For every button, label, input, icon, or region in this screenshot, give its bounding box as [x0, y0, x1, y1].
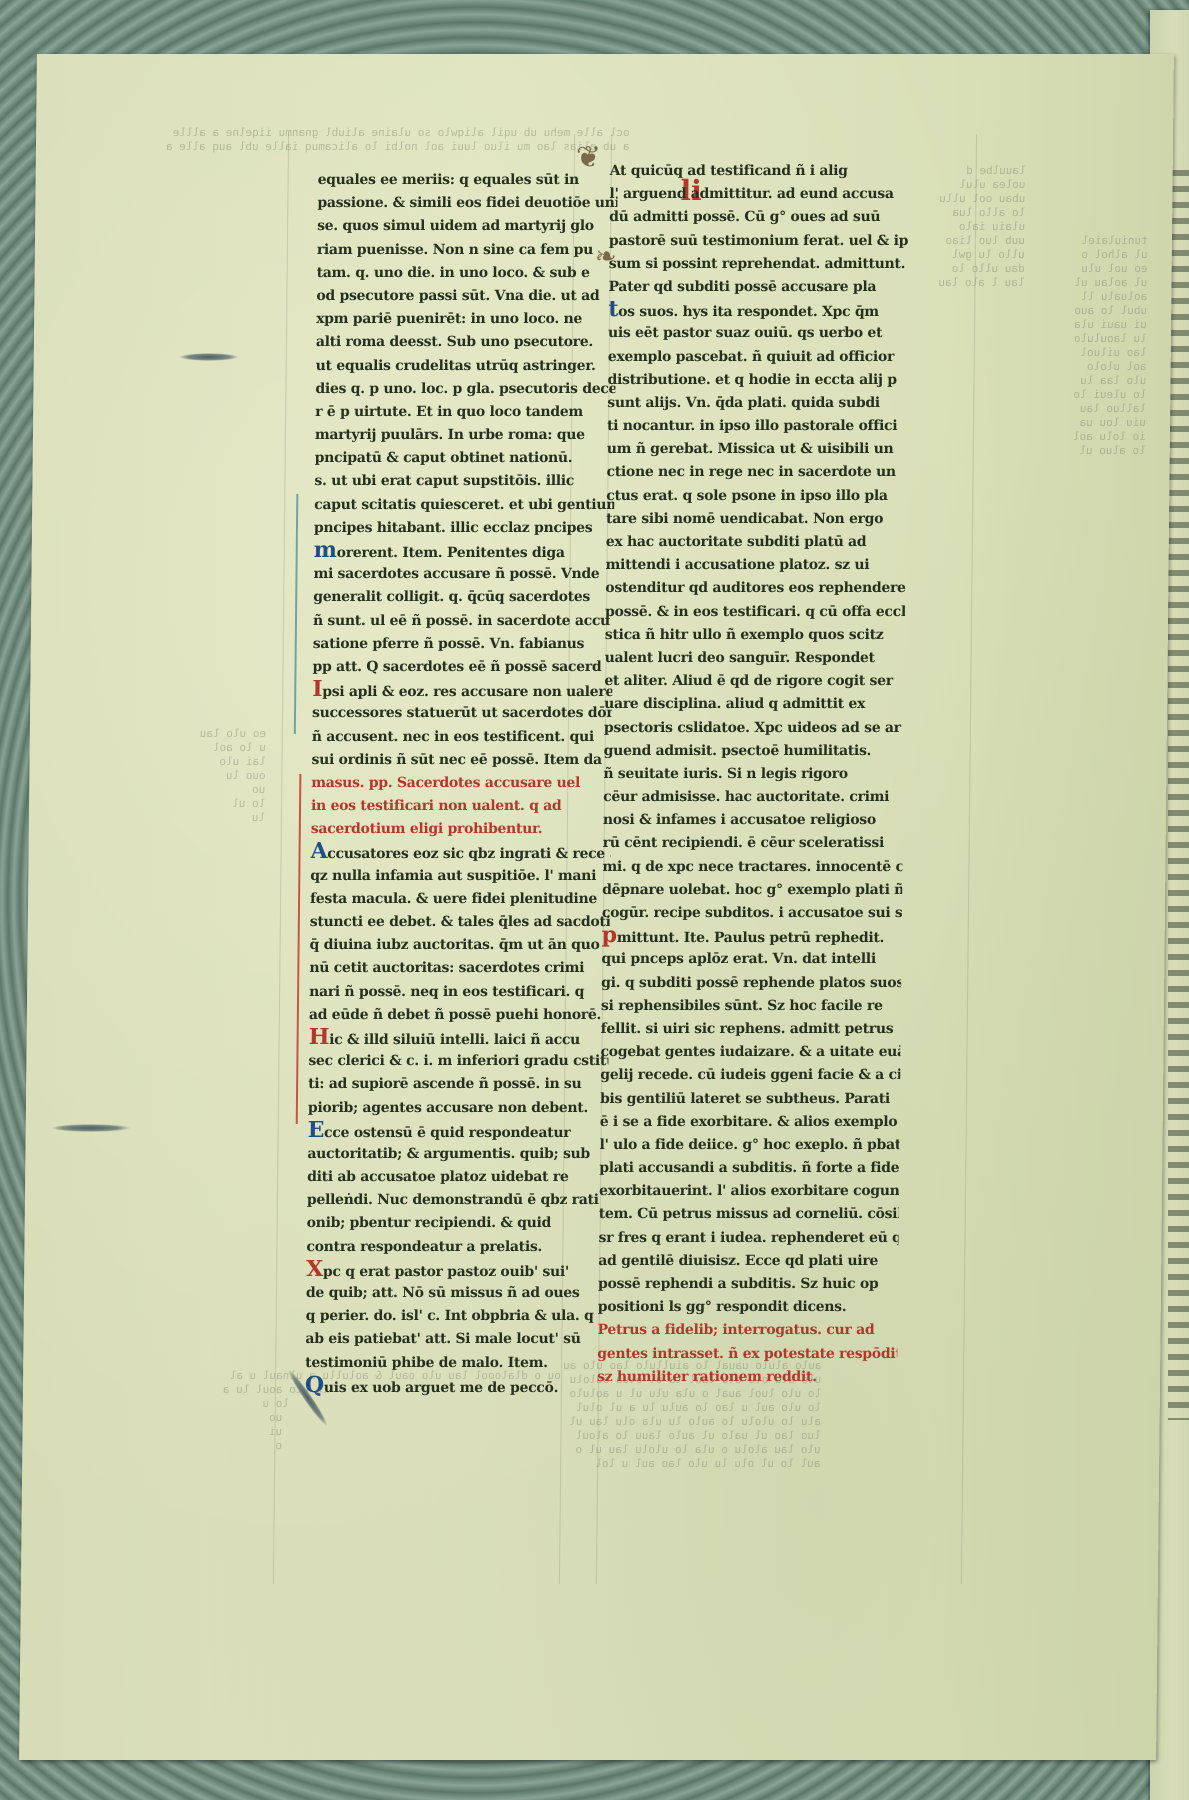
text-line: gi. q subditi possē rephende platos suos… [601, 972, 901, 995]
text-line: Xpc q erat pastor pastoz ouib' sui' [306, 1259, 606, 1282]
text-line: de quib; att. Nō sū missus ñ ad oues [306, 1282, 606, 1305]
text-line: dies q. p uno. loc. p gla. psecutoris de… [315, 378, 615, 401]
text-line: ad gentilē diuisisz. Ecce qd plati uire [598, 1250, 898, 1273]
text-line: possē rephendi a subditis. Sz huic op [598, 1273, 898, 1296]
decorated-initial: m [314, 540, 337, 563]
left-text-column: equales ee meriis: q equales sūt inpassi… [305, 169, 618, 1398]
decorated-initial: A [310, 841, 327, 864]
text-line: Pater qd subditi possē accusare pla [608, 276, 908, 299]
text-line: pelleṅdi. Nuc demonstrandū ē qbz rati [307, 1189, 607, 1212]
text-line: tam. q. uno die. in uno loco. & sub e [317, 262, 617, 285]
text-line: s. ut ubi erat caput supstitōis. illic [314, 470, 614, 493]
text-line: onib; pbentur recipiendi. & quid [307, 1212, 607, 1235]
decorated-initial: p [602, 925, 617, 948]
text-line: ñ accusent. nec in eos testificent. qui [312, 726, 612, 749]
text-line: tem. Cū petrus missus ad corneliū. cōsil… [599, 1203, 899, 1226]
text-line: si rephensibiles sūnt. Sz hoc facile re [601, 995, 901, 1018]
text-line: sacerdotium eligi prohibentur. [311, 818, 611, 841]
text-line: testimoniū phibe de malo. Item. [305, 1352, 605, 1375]
text-line: ñ sunt. ul eē ñ possē. in sacerdote accu [313, 610, 613, 633]
text-line: Hic & illd siluiū intelli. laici ñ accu [309, 1027, 609, 1050]
text-line: l' arguend admittitur. ad eund accusa [609, 183, 909, 206]
text-line: ab eis patiebat' att. Si male locut' sū [305, 1328, 605, 1351]
text-line: martyrij puulārs. In urbe roma: que [315, 424, 615, 447]
text-line: nari ñ possē. neq in eos testificari. q [309, 981, 609, 1004]
text-line: ē i se a fide exorbitare. & alios exempl… [600, 1111, 900, 1134]
text-line: dēpnare uolebat. hoc g° exemplo plati ñ [602, 879, 902, 902]
text-line: mi sacerdotes accusare ñ possē. Vnde [313, 563, 613, 586]
text-line: tare sibi nomē uendicabat. Non ergo [606, 508, 906, 531]
text-line: ti: ad supiorē ascende ñ possē. in su [308, 1073, 608, 1096]
ruling-line [961, 134, 977, 1584]
decorated-initial: E [308, 1120, 325, 1143]
show-through-margin: lauulbe d uolea ulul ubau ool ullu lo al… [904, 164, 1025, 290]
ruling-line [273, 134, 289, 1584]
text-line: passione. & simili eos fidei deuotiōe un… [317, 192, 617, 215]
text-line: pncipatū & caput obtinet nationū. [315, 447, 615, 470]
text-line: qui pnceps aplōz erat. Vn. dat intelli [601, 948, 901, 971]
text-line: q perier. do. isl' c. Int obpbria & ula.… [306, 1305, 606, 1328]
text-line: possē. & in eos testificari. q cū offa e… [605, 601, 905, 624]
text-line: diti ab accusatoe platoz uidebat re [307, 1166, 607, 1189]
text-line: ti nocantur. in ipso illo pastorale offi… [607, 415, 907, 438]
text-line: pncipes hitabant. illic ecclaz pncipes [314, 517, 614, 540]
text-line: dū admitti possē. Cū g° oues ad suū [609, 206, 909, 229]
text-line: bis gentiliū lateret se subtheus. Parati [600, 1088, 900, 1111]
text-line: uare disciplina. aliud q admittit ex [604, 693, 904, 716]
decorated-initial: I [312, 679, 322, 702]
text-line: alti roma deesst. Sub uno psecutore. [316, 331, 616, 354]
text-line: ualent lucri deo sanguīr. Respondet [604, 647, 904, 670]
text-line: Ecce ostensū ē quid respondeatur [308, 1120, 608, 1143]
text-line: xpm pariē puenirēt: in uno loco. ne [316, 308, 616, 331]
text-line: sum si possint reprehendat. admittunt. [609, 253, 909, 276]
pen-flourish-blue [294, 494, 299, 734]
text-line: pastorē suū testimonium ferat. uel & ip [609, 230, 909, 253]
text-line: contra respondeatur a prelatis. [306, 1236, 606, 1259]
text-line: generalit colligit. q. q̄cūq sacerdotes [313, 586, 613, 609]
parchment-hole [51, 1124, 131, 1132]
text-line: ñ seuitate iuris. Si n legis rigoro [603, 763, 903, 786]
text-line: sunt alijs. Vn. q̄da plati. quida subdi [607, 392, 907, 415]
text-line: gentes intrasset. ñ ex potestate respōdi… [597, 1343, 897, 1366]
text-line: pmittunt. Ite. Paulus petrū rephedit. [602, 925, 902, 948]
text-line: mittendi i accusatione platoz. sz ui [605, 554, 905, 577]
text-line: qz nulla infamia aut suspitiōe. l' mani [310, 865, 610, 888]
text-line: cogebat gentes iudaizare. & a uitate euā [600, 1041, 900, 1064]
text-line: q̄ diuina iubz auctoritas. q̄m ut ān quo [309, 934, 609, 957]
text-line: ostenditur qd auditores eos rephendere [605, 577, 905, 600]
show-through-header: ocl alle mehu ub uqil aliqwlo so ulaine … [166, 126, 630, 154]
text-line: ctione nec in rege nec in sacerdote un [606, 461, 906, 484]
text-line: nosi & infames i accusatoe religioso [603, 809, 903, 832]
text-line: plati accusandi a subditis. ñ forte a fi… [599, 1157, 899, 1180]
text-line: stica ñ hitr ullo ñ exemplo quos scitz [605, 624, 905, 647]
text-line: rū cēnt recipiendi. ē cēur sceleratissi [603, 832, 903, 855]
text-line: um ñ gerebat. Missica ut & uisibili un [607, 438, 907, 461]
show-through-left-margin: eo ulo lau u lo aol lai ulo ouo lu uo lo… [199, 727, 266, 825]
text-line: ad eūde ñ debet ñ possē puehi honorē. [309, 1004, 609, 1027]
text-line: successores statuerūt ut sacerdotes dōm [312, 702, 612, 725]
text-line: psectoris cslidatoe. Xpc uideos ad se ar [604, 717, 904, 740]
text-line: tos suos. hys ita respondet. Xpc q̄m [608, 299, 908, 322]
text-line: equales ee meriis: q equales sūt in [317, 169, 617, 192]
text-line: masus. pp. Sacerdotes accusare uel [311, 772, 611, 795]
text-line: mi. q de xpc nece tractares. innocentē c… [602, 856, 902, 879]
text-line: Quis ex uob arguet me de peccō. [305, 1375, 605, 1398]
text-line: et aliter. Aliud ē qd de rigore cogit se… [604, 670, 904, 693]
decorated-initial: H [309, 1027, 330, 1050]
text-line: l' ulo a fide deiice. g° hoc exeplo. ñ p… [599, 1134, 899, 1157]
text-line: stuncti ee debet. & tales q̄les ad sacdo… [310, 911, 610, 934]
text-line: ex hac auctoritate subditi platū ad [606, 531, 906, 554]
text-line: caput scitatis quiesceret. et ubi gentiu… [314, 494, 614, 517]
text-line: distributione. et q hodie in eccta alij … [607, 369, 907, 392]
text-line: fellit. si uiri sic rephens. admitt petr… [601, 1018, 901, 1041]
text-line: satione pferre ñ possē. Vn. fabianus [313, 633, 613, 656]
parchment-hole [179, 353, 239, 361]
text-line: At quicūq ad testificand ñ i alig [610, 160, 910, 183]
right-text-column: At quicūq ad testificand ñ i aligl' argu… [597, 160, 910, 1389]
text-line: auctoritatib; & argumentis. quib; sub [307, 1143, 607, 1166]
text-line: festa macula. & uere fidei plenitudine [310, 888, 610, 911]
decorated-initial: t [608, 299, 618, 322]
text-line: Accusatores eoz sic qbz ingrati & rece a… [310, 841, 610, 864]
manuscript-leaf: ocl alle mehu ub uqil aliqwlo so ulaine … [19, 54, 1174, 1760]
text-line: od psecutore passi sūt. Vna die. ut ad [316, 285, 616, 308]
text-line: ut equalis crudelitas utrūq astringer. [316, 355, 616, 378]
text-line: cogūr. recipe subditos. i accusatoe sui … [602, 902, 902, 925]
adjacent-page-text [1168, 170, 1189, 1420]
text-line: exorbitauerint. l' alios exorbitare cogu… [599, 1180, 899, 1203]
text-line: sec clerici & c. i. m inferiori gradu cs… [308, 1050, 608, 1073]
text-line: riam puenisse. Non n sine ca fem pu [317, 239, 617, 262]
show-through-right: tuniulaiel ul alhol o eo uol ulu ul aola… [1073, 234, 1148, 458]
text-line: uis eēt pastor suaz ouiū. qs uerbo et [608, 322, 908, 345]
text-line: exemplo pascebat. ñ quiuit ad officior [608, 346, 908, 369]
text-line: r ē p uirtute. Et in quo loco tandem [315, 401, 615, 424]
text-line: guend admisit. psectoē humilitatis. [604, 740, 904, 763]
text-line: in eos testificari non ualent. q ad [311, 795, 611, 818]
text-line: gelij recede. cū iudeis ggeni facie & a … [600, 1064, 900, 1087]
text-line: sz humiliter rationem reddit. [597, 1366, 897, 1389]
text-line: Petrus a fidelib; interrogatus. cur ad [597, 1319, 897, 1342]
text-line: ctus erat. q sole psone in ipso illo pla [606, 485, 906, 508]
text-line: piorib; agentes accusare non debent. [308, 1097, 608, 1120]
text-line: pp att. Q sacerdotes eē ñ possē sacerd [312, 656, 612, 679]
decorated-initial: Q [305, 1375, 324, 1398]
text-line: sui ordinis ñ sūt nec eē possē. Item da [311, 749, 611, 772]
text-line: morerent. Item. Penitentes diga [314, 540, 614, 563]
text-line: nū cetit auctoritas: sacerdotes crimi [309, 957, 609, 980]
text-line: cēur admisisse. hac auctoritate. crimi [603, 786, 903, 809]
text-line: sr fres q erant i iudea. rephenderet eū … [598, 1227, 898, 1250]
text-line: positioni ls gg° respondit dicens. [598, 1296, 898, 1319]
pen-flourish-red [296, 774, 302, 1124]
text-line: Ipsi apli & eoz. res accusare non ualere [312, 679, 612, 702]
text-line: se. quos simul uidem ad martyrij glo [317, 215, 617, 238]
decorated-initial: X [306, 1259, 323, 1282]
